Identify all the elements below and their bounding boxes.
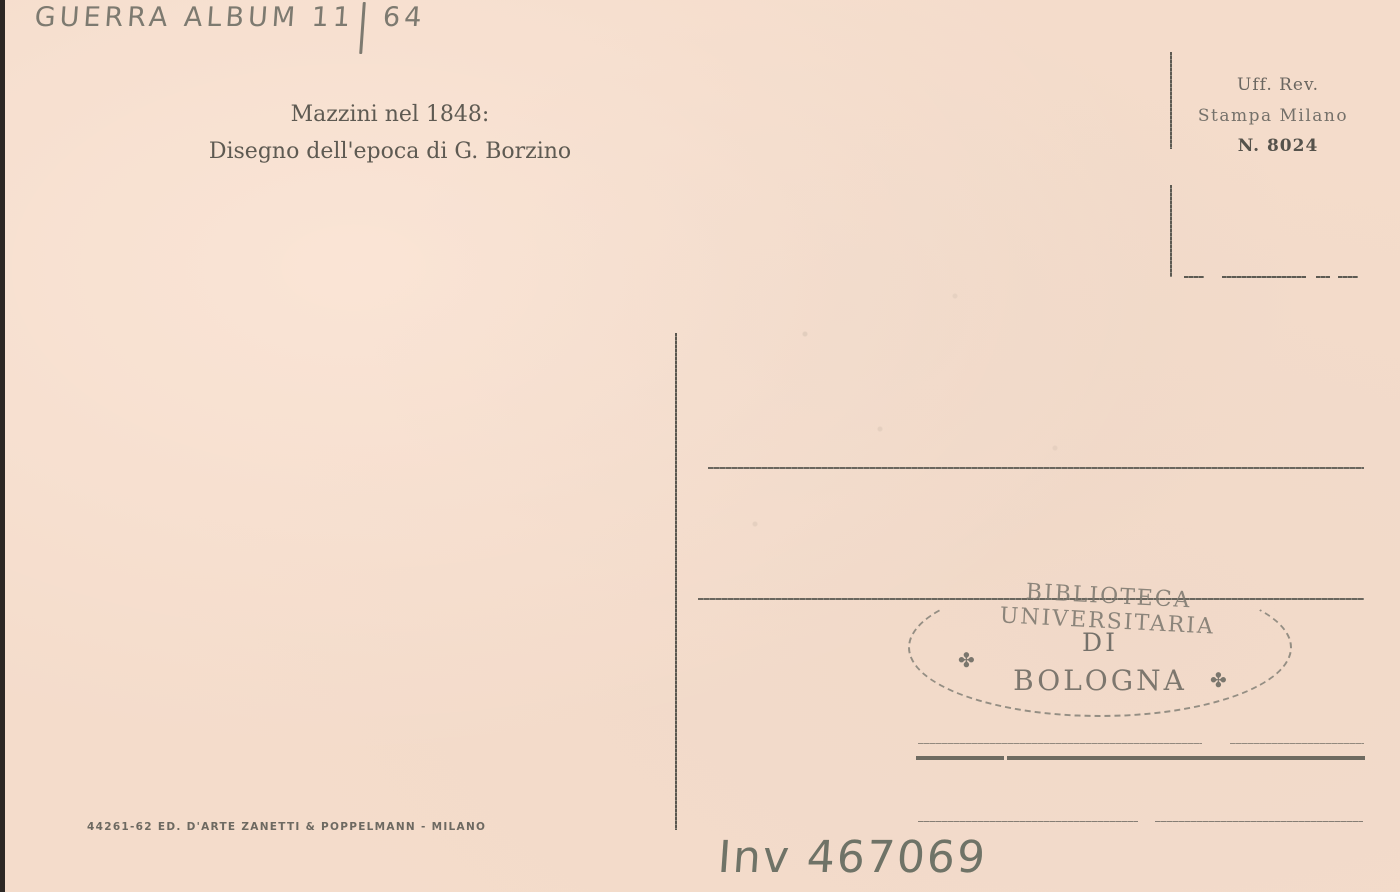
censorship-office-label: Uff. Rev.: [1178, 75, 1378, 95]
handwritten-inventory-number: Inv 467069: [716, 832, 988, 883]
library-stamp-di: DI: [1070, 628, 1130, 657]
stamp-box-bottom-border-segment: [1338, 276, 1358, 278]
library-stamp-ornament-left-icon: ✤: [958, 648, 975, 672]
stamp-box-left-border-bottom: [1170, 185, 1172, 277]
publisher-imprint: 44261-62 ED. D'ARTE ZANETTI & POPPELMANN…: [87, 821, 486, 833]
caption-title: Mazzini nel 1848:: [160, 96, 620, 133]
stamp-box-bottom-border-segment: [1184, 276, 1204, 278]
handwritten-separator: [359, 2, 366, 54]
address-line-3b: [1230, 743, 1364, 744]
stamp-box-left-border-top: [1170, 52, 1172, 149]
address-line-5b: [1155, 821, 1363, 822]
paper-foxing: [705, 220, 1205, 600]
censorship-number: N. 8024: [1178, 136, 1378, 156]
address-line-5a: [918, 821, 1138, 822]
message-address-divider: [675, 333, 677, 830]
address-line-4b: [1007, 756, 1365, 760]
library-stamp-city: BOLOGNA: [1000, 664, 1200, 697]
handwritten-album-label: GUERRA ALBUM 11: [34, 2, 355, 33]
address-line-3a: [918, 743, 1202, 744]
address-line-1: [708, 467, 1364, 469]
address-line-4a: [916, 756, 1004, 760]
postcard-caption: Mazzini nel 1848: Disegno dell'epoca di …: [160, 96, 620, 170]
stamp-box-bottom-border-segment: [1222, 276, 1306, 278]
caption-subtitle: Disegno dell'epoca di G. Borzino: [160, 133, 620, 170]
handwritten-album-reference: GUERRA ALBUM 1164: [32, 2, 426, 54]
handwritten-album-number: 64: [382, 2, 427, 33]
stamp-box-bottom-border-segment: [1316, 276, 1330, 278]
censorship-office-city: Stampa Milano: [1173, 106, 1373, 126]
library-stamp-ornament-right-icon: ✤: [1210, 668, 1227, 692]
